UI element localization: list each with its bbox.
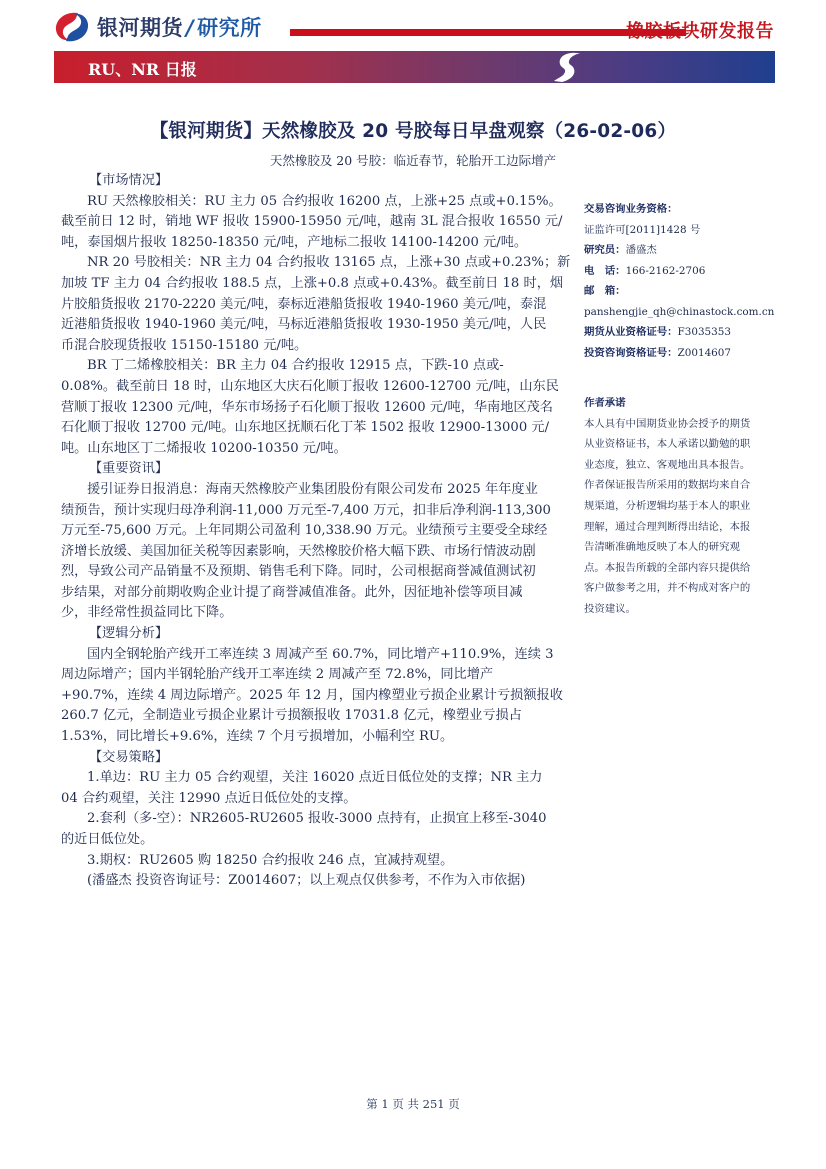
analyst-info: 交易咨询业务资格： 证监许可[2011]1428 号 研究员：潘盛杰 电 话：1… bbox=[584, 199, 819, 363]
phone-label: 电 话： bbox=[584, 265, 626, 277]
phone-value: 166-2162-2706 bbox=[626, 265, 706, 277]
invest-cert-value: Z0014607 bbox=[678, 347, 732, 359]
section-strategy: 【交易策略】 1.单边：RU 主力 05 合约观望，关注 16020 点近日低位… bbox=[87, 748, 562, 892]
email-value[interactable]: panshengjie_qh@chinastock.com.cn bbox=[584, 302, 819, 323]
paragraph-ru: RU 天然橡胶相关：RU 主力 05 合约报收 16200 点，上涨+25 点或… bbox=[87, 192, 562, 254]
text-line: 吨，泰国烟片报收 18250-18350 元/吨，产地标二报收 14100-14… bbox=[61, 233, 562, 254]
invest-cert-label: 投资咨询资格证号： bbox=[584, 347, 678, 359]
text-line: 截至前日 12 时，销地 WF 报收 15900-15950 元/吨，越南 3L… bbox=[61, 212, 562, 233]
brand-department: 研究所 bbox=[197, 16, 262, 40]
pledge-line: 从业资格证书，本人承诺以勤勉的职 bbox=[584, 434, 769, 455]
pledge-line: 业态度，独立、客观地出具本报告。 bbox=[584, 455, 769, 476]
futures-cert-value: F3035353 bbox=[678, 326, 732, 338]
text-line: 04 合约观望，关注 12990 点近日低位处的支撑。 bbox=[61, 789, 562, 810]
text-line: 3.期权：RU2605 购 18250 合约报收 246 点，宜减持观望。 bbox=[87, 851, 562, 872]
section-heading: 【市场情况】 bbox=[87, 171, 562, 192]
text-line: NR 20 号胶相关：NR 主力 04 合约报收 13165 点，上涨+30 点… bbox=[87, 253, 562, 274]
paragraph-br: BR 丁二烯橡胶相关：BR 主力 04 合约报收 12915 点，下跌-10 点… bbox=[87, 356, 562, 459]
pledge-line: 客户做参考之用，并不构成对客户的 bbox=[584, 578, 769, 599]
text-line: 营顺丁报收 12300 元/吨，华东市场扬子石化顺丁报收 12600 元/吨，华… bbox=[61, 398, 562, 419]
section-heading: 【重要资讯】 bbox=[87, 459, 562, 480]
text-line: 烈，导致公司产品销量不及预期、销售毛利下降。同时，公司根据商誉减值测试初 bbox=[61, 562, 562, 583]
pledge-line: 投资建议。 bbox=[584, 599, 769, 620]
text-line: +90.7%，连续 4 周边际增产。2025 年 12 月，国内橡塑业亏损企业累… bbox=[61, 686, 562, 707]
pledge-line: 作者保证报告所采用的数据均来自合 bbox=[584, 475, 769, 496]
galaxy-futures-logo-icon bbox=[52, 10, 92, 44]
pledge-line: 点。本报告所载的全部内容只提供给 bbox=[584, 558, 769, 579]
analyst-disclaimer: (潘盛杰 投资咨询证号：Z0014607；以上观点仅供参考，不作为入市依据) bbox=[87, 871, 562, 892]
section-analysis: 【逻辑分析】 国内全钢轮胎产线开工率连续 3 周减产至 60.7%，同比增产+1… bbox=[87, 624, 562, 748]
researcher-label: 研究员： bbox=[584, 244, 626, 256]
pledge-line: 规渠道，分析逻辑均基于本人的职业 bbox=[584, 496, 769, 517]
text-line: 币混合胶现货报收 15150-15180 元/吨。 bbox=[61, 336, 562, 357]
main-content: 【市场情况】 RU 天然橡胶相关：RU 主力 05 合约报收 16200 点，上… bbox=[87, 171, 562, 892]
banner-title: RU、NR 日报 bbox=[88, 57, 197, 80]
section-heading: 【逻辑分析】 bbox=[87, 624, 562, 645]
text-line: BR 丁二烯橡胶相关：BR 主力 04 合约报收 12915 点，下跌-10 点… bbox=[87, 356, 562, 377]
text-line: 1.53%，同比增长+9.6%，连续 7 个月亏损增加，小幅利空 RU。 bbox=[61, 727, 562, 748]
report-type-label: 橡胶板块研发报告 bbox=[626, 17, 774, 43]
text-line: 周边际增产；国内半钢轮胎产线开工率连续 2 周减产至 72.8%，同比增产 bbox=[61, 665, 562, 686]
page-indicator: 第 1 页 共 251 页 bbox=[0, 1096, 826, 1112]
strategy-arbitrage: 2.套利（多-空）：NR2605-RU2605 报收-3000 点持有，止损宜上… bbox=[87, 809, 562, 850]
text-line: 万元至-75,600 万元。上年同期公司盈利 10,338.90 万元。业绩预亏… bbox=[61, 521, 562, 542]
section-market: 【市场情况】 RU 天然橡胶相关：RU 主力 05 合约报收 16200 点，上… bbox=[87, 171, 562, 459]
pledge-line: 本人具有中国期货业协会授予的期货 bbox=[584, 414, 769, 435]
text-line: 少，非经常性损益同比下降。 bbox=[61, 603, 562, 624]
text-line: 吨。山东地区丁二烯报收 10200-10350 元/吨。 bbox=[61, 439, 562, 460]
brand-company: 银河期货 bbox=[97, 16, 183, 40]
section-news: 【重要资讯】 援引证券日报消息：海南天然橡胶产业集团股份有限公司发布 2025 … bbox=[87, 459, 562, 624]
text-line: 济增长放缓、美国加征关税等因素影响，天然橡胶价格大幅下跌、市场行情波动剧 bbox=[61, 542, 562, 563]
text-line: 步结果，对部分前期收购企业计提了商誉减值准备。此外，因征地补偿等项目减 bbox=[61, 583, 562, 604]
text-line: 近港船货报收 1940-1960 美元/吨，马标近港船货报收 1930-1950… bbox=[61, 315, 562, 336]
text-line: (潘盛杰 投资咨询证号：Z0014607；以上观点仅供参考，不作为入市依据) bbox=[87, 871, 562, 892]
qualification-label: 交易咨询业务资格： bbox=[584, 199, 819, 220]
paragraph-news: 援引证券日报消息：海南天然橡胶产业集团股份有限公司发布 2025 年年度业 绩预… bbox=[87, 480, 562, 624]
page-header: 银河期货/研究所 橡胶板块研发报告 bbox=[52, 8, 782, 44]
brand-name: 银河期货/研究所 bbox=[97, 12, 262, 42]
text-line: 0.08%。截至前日 18 时，山东地区大庆石化顺丁报收 12600-12700… bbox=[61, 377, 562, 398]
brand-slash: / bbox=[186, 16, 194, 40]
strategy-outright: 1.单边：RU 主力 05 合约观望，关注 16020 点近日低位处的支撑；NR… bbox=[87, 768, 562, 809]
pledge-line: 理解，通过合理判断得出结论，本报 bbox=[584, 517, 769, 538]
text-line: 加坡 TF 主力 04 合约报收 188.5 点，上涨+0.8 点或+0.43%… bbox=[61, 274, 562, 295]
strategy-options: 3.期权：RU2605 购 18250 合约报收 246 点，宜减持观望。 bbox=[87, 851, 562, 872]
document-subtitle: 天然橡胶及 20 号胶：临近春节，轮胎开工边际增产 bbox=[0, 151, 826, 169]
researcher-name: 潘盛杰 bbox=[626, 244, 657, 256]
text-line: 援引证券日报消息：海南天然橡胶产业集团股份有限公司发布 2025 年年度业 bbox=[87, 480, 562, 501]
pledge-line: 告清晰准确地反映了本人的研究观 bbox=[584, 537, 769, 558]
futures-cert-label: 期货从业资格证号： bbox=[584, 326, 678, 338]
text-line: 2.套利（多-空）：NR2605-RU2605 报收-3000 点持有，止损宜上… bbox=[87, 809, 562, 830]
paragraph-nr: NR 20 号胶相关：NR 主力 04 合约报收 13165 点，上涨+30 点… bbox=[87, 253, 562, 356]
text-line: 国内全钢轮胎产线开工率连续 3 周减产至 60.7%，同比增产+110.9%，连… bbox=[87, 645, 562, 666]
pledge-title: 作者承诺 bbox=[584, 393, 769, 414]
report-banner: RU、NR 日报 bbox=[54, 51, 775, 83]
email-label: 邮 箱： bbox=[584, 281, 819, 302]
text-line: 石化顺丁报收 12700 元/吨。山东地区抚顺石化丁苯 1502 报收 1290… bbox=[61, 418, 562, 439]
section-heading: 【交易策略】 bbox=[87, 748, 562, 769]
author-pledge: 作者承诺 本人具有中国期货业协会授予的期货 从业资格证书，本人承诺以勤勉的职 业… bbox=[584, 393, 769, 620]
text-line: RU 天然橡胶相关：RU 主力 05 合约报收 16200 点，上涨+25 点或… bbox=[87, 192, 562, 213]
document-title: 【银河期货】天然橡胶及 20 号胶每日早盘观察（26-02-06） bbox=[0, 117, 826, 143]
qualification-value: 证监许可[2011]1428 号 bbox=[584, 220, 819, 241]
text-line: 1.单边：RU 主力 05 合约观望，关注 16020 点近日低位处的支撑；NR… bbox=[87, 768, 562, 789]
text-line: 260.7 亿元，全制造业亏损企业累计亏损额报收 17031.8 亿元，橡塑业亏… bbox=[61, 706, 562, 727]
swoosh-logo-icon bbox=[546, 51, 588, 83]
text-line: 片胶船货报收 2170-2220 美元/吨，泰标近港船货报收 1940-1960… bbox=[61, 295, 562, 316]
paragraph-analysis: 国内全钢轮胎产线开工率连续 3 周减产至 60.7%，同比增产+110.9%，连… bbox=[87, 645, 562, 748]
text-line: 的近日低位处。 bbox=[61, 830, 562, 851]
text-line: 绩预告，预计实现归母净利润-11,000 万元至-7,400 万元，扣非后净利润… bbox=[61, 501, 562, 522]
